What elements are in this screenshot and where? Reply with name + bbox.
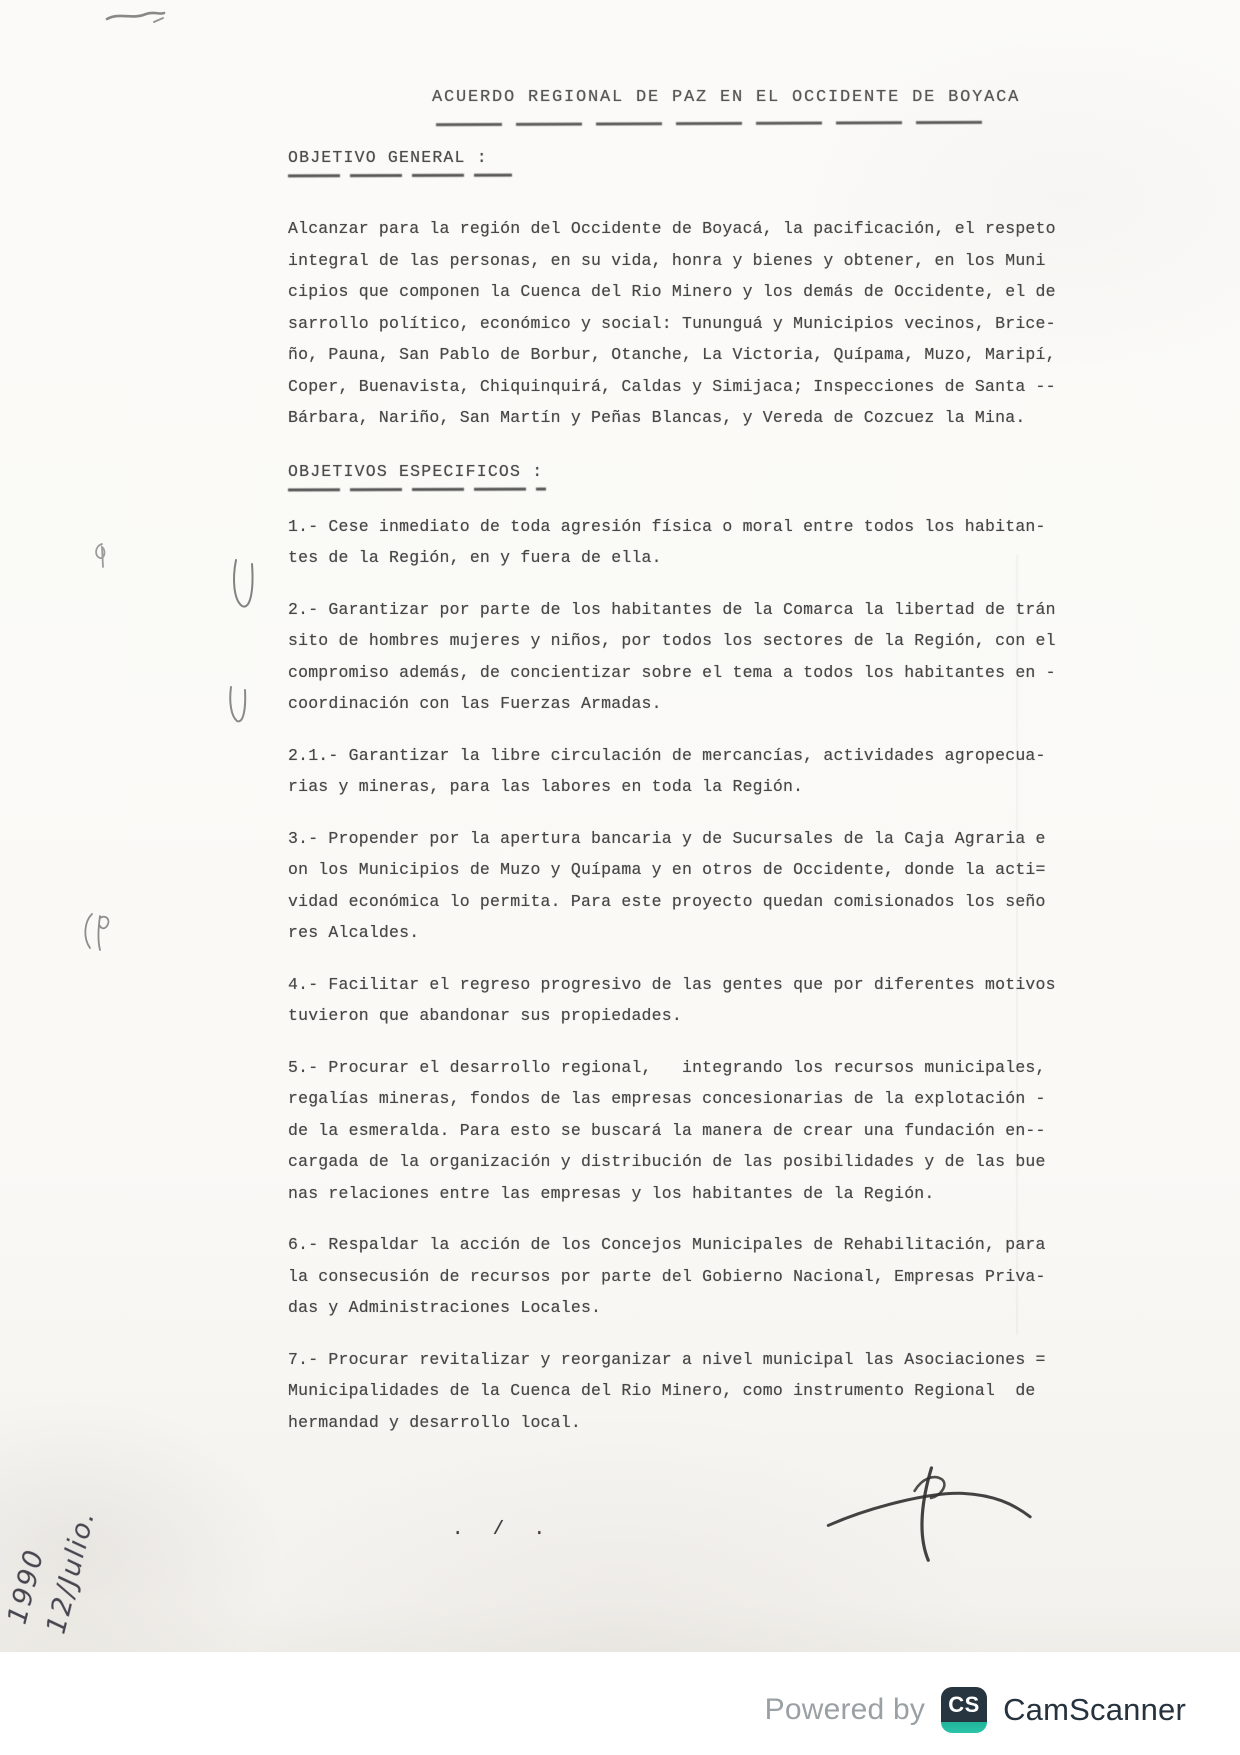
text-line: regalías mineras, fondos de las empresas… [288, 1083, 1140, 1115]
objective-item-2-1: 2.1.- Garantizar la libre circulación de… [288, 740, 1140, 803]
margin-check-icon [230, 556, 260, 614]
document-title: ACUERDO REGIONAL DE PAZ EN EL OCCIDENTE … [432, 88, 1020, 107]
objective-item-3: 3.- Propender por la apertura bancaria y… [288, 823, 1140, 949]
heading-underline [288, 487, 546, 491]
text-line: res Alcaldes. [288, 917, 1140, 949]
camscanner-badge-icon: CS [941, 1687, 987, 1733]
text-line: das y Administraciones Locales. [288, 1292, 1140, 1324]
text-line: 5.- Procurar el desarrollo regional, int… [288, 1052, 1140, 1084]
text-line: 1.- Cese inmediato de toda agresión físi… [288, 511, 1140, 543]
text-line: cipios que componen la Cuenca del Rio Mi… [288, 276, 1140, 308]
signature-scribble [809, 1456, 1054, 1578]
text-line: 3.- Propender por la apertura bancaria y… [288, 823, 1140, 855]
text-line: ño, Pauna, San Pablo de Borbur, Otanche,… [288, 339, 1140, 371]
objective-item-4: 4.- Facilitar el regreso progresivo de l… [288, 969, 1140, 1032]
text-line: integral de las personas, en su vida, ho… [288, 245, 1140, 277]
section-objetivos-especificos: OBJETIVOS ESPECIFICOS : 1.- Cese inmedia… [288, 462, 1140, 1439]
general-paragraph: Alcanzar para la región del Occidente de… [288, 213, 1140, 434]
document-body: OBJETIVO GENERAL : Alcanzar para la regi… [288, 148, 1140, 1438]
pen-scratch-icon [104, 4, 168, 30]
text-line: Municipalidades de la Cuenca del Rio Min… [288, 1375, 1140, 1407]
section-heading: OBJETIVOS ESPECIFICOS : [288, 462, 1140, 481]
text-line: la consecusión de recursos por parte del… [288, 1261, 1140, 1293]
camscanner-brand-label: CamScanner [1003, 1692, 1186, 1728]
objective-item-1: 1.- Cese inmediato de toda agresión físi… [288, 511, 1140, 574]
heading-underline [288, 174, 512, 178]
text-line: coordinación con las Fuerzas Armadas. [288, 688, 1140, 720]
text-line: nas relaciones entre las empresas y los … [288, 1178, 1140, 1210]
text-line: 6.- Respaldar la acción de los Concejos … [288, 1229, 1140, 1261]
text-line: 4.- Facilitar el regreso progresivo de l… [288, 969, 1140, 1001]
text-line: rias y mineras, para las labores en toda… [288, 771, 1140, 803]
text-line: tes de la Región, en y fuera de ella. [288, 542, 1140, 574]
text-line: compromiso además, de concientizar sobre… [288, 657, 1140, 689]
margin-mark-icon [88, 540, 112, 572]
text-line: Coper, Buenavista, Chiquinquirá, Caldas … [288, 371, 1140, 403]
text-line: de la esmeralda. Para esto se buscará la… [288, 1115, 1140, 1147]
text-line: 7.- Procurar revitalizar y reorganizar a… [288, 1344, 1140, 1376]
text-line: cargada de la organización y distribució… [288, 1146, 1140, 1178]
objective-item-5: 5.- Procurar el desarrollo regional, int… [288, 1052, 1140, 1210]
objective-item-6: 6.- Respaldar la acción de los Concejos … [288, 1229, 1140, 1324]
text-line: vidad económica lo permita. Para este pr… [288, 886, 1140, 918]
margin-mark-icon [80, 908, 116, 956]
text-line: sito de hombres mujeres y niños, por tod… [288, 625, 1140, 657]
objective-item-7: 7.- Procurar revitalizar y reorganizar a… [288, 1344, 1140, 1439]
page-marker: . / . [452, 1518, 554, 1540]
badge-letters: CS [948, 1692, 980, 1718]
text-line: Bárbara, Nariño, San Martín y Peñas Blan… [288, 402, 1140, 434]
section-heading: OBJETIVO GENERAL : [288, 148, 1140, 167]
objective-item-2: 2.- Garantizar por parte de los habitant… [288, 594, 1140, 720]
text-line: sarrollo político, económico y social: T… [288, 308, 1140, 340]
text-line: tuvieron que abandonar sus propiedades. [288, 1000, 1140, 1032]
text-line: 2.- Garantizar por parte de los habitant… [288, 594, 1140, 626]
powered-by-label: Powered by [765, 1693, 925, 1727]
camscanner-footer: Powered by CS CamScanner [765, 1684, 1186, 1736]
text-line: 2.1.- Garantizar la libre circulación de… [288, 740, 1140, 772]
margin-check-icon [226, 684, 252, 728]
text-line: Alcanzar para la región del Occidente de… [288, 213, 1140, 245]
text-line: hermandad y desarrollo local. [288, 1407, 1140, 1439]
section-objetivo-general: OBJETIVO GENERAL : Alcanzar para la regi… [288, 148, 1140, 434]
text-line: on los Municipios de Muzo y Quípama y en… [288, 854, 1140, 886]
